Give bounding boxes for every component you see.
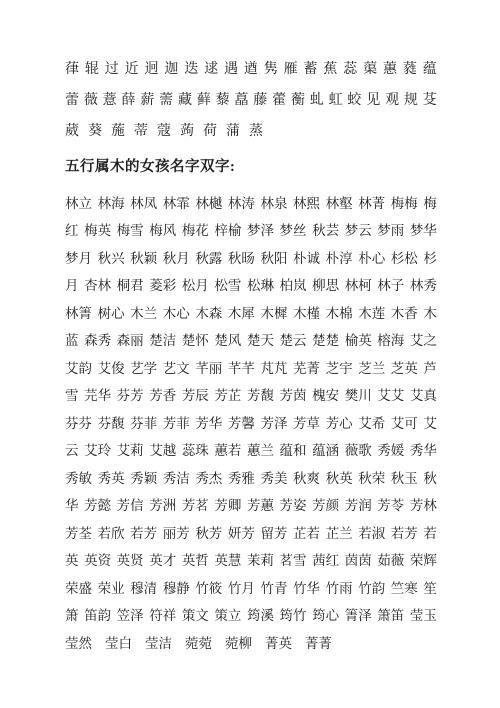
name-token: 芬菲 — [130, 412, 157, 432]
name-token: 菁英 — [265, 632, 292, 652]
name-token: 林凤 — [130, 192, 157, 212]
name-token: 柏岚 — [280, 274, 307, 294]
name-token: 秋英 — [326, 467, 353, 487]
single-character: 薏 — [103, 89, 117, 109]
single-character: 藠 — [234, 89, 248, 109]
single-character: 蕉 — [323, 58, 337, 78]
name-token: 芫华 — [84, 384, 111, 404]
name-token: 木棉 — [326, 302, 353, 322]
name-token: 芳泽 — [260, 412, 287, 432]
name-token: 若欣 — [98, 522, 125, 542]
text-line: 葎辊过近迥迦迭逑遇遒隽雁蓄蕉蕊蕖蕙蕤蕴 — [65, 52, 437, 83]
name-token: 柳思 — [312, 274, 339, 294]
name-token: 榆英 — [345, 329, 372, 349]
text-line: 芳荃若欣若芳丽芳秋芳妍芳留芳芷若芷兰若淑若芳若 — [65, 518, 437, 546]
single-character: 藓 — [197, 89, 211, 109]
text-line: 红梅英梅雪梅风梅花梓榆梦泽梦丝秋芸梦云梦雨梦华 — [65, 216, 437, 244]
name-token: 莹然 — [65, 632, 92, 652]
single-character: 葳 — [65, 120, 79, 140]
wood-element-girl-names-list: 林立林海林凤林霏林樾林涛林泉林熙林壑林菁梅梅梅红梅英梅雪梅风梅花梓榆梦泽梦丝秋芸… — [65, 188, 437, 656]
name-token: 木犀 — [228, 302, 255, 322]
name-token: 若芳 — [130, 522, 157, 542]
name-token: 芊丽 — [195, 357, 222, 377]
text-line: 月杏林桐君菱彩松月松雪松琳柏岚柳思林柯林子林秀 — [65, 271, 437, 299]
name-token: 艾希 — [358, 412, 385, 432]
name-token: 菱彩 — [149, 274, 176, 294]
single-character: 薷 — [159, 89, 173, 109]
name-token: 芳草 — [293, 412, 320, 432]
name-token: 朴心 — [358, 247, 385, 267]
name-token: 木 — [423, 302, 437, 322]
name-token: 笛韵 — [84, 604, 111, 624]
name-token: 楚云 — [280, 329, 307, 349]
name-token: 梅风 — [149, 219, 176, 239]
name-token: 艾之 — [410, 329, 437, 349]
name-token: 英才 — [149, 549, 176, 569]
name-token: 芬芳 — [117, 384, 144, 404]
name-token: 芜菁 — [293, 357, 320, 377]
name-token: 英 — [65, 549, 79, 569]
wood-element-single-characters: 葎辊过近迥迦迭逑遇遒隽雁蓄蕉蕊蕖蕙蕤蕴蕾薇薏薛薪薷藏藓藜藠藤藿蘅虬虹蛟见观规芟葳… — [65, 52, 437, 145]
name-token: 秋月 — [163, 247, 190, 267]
document-page: 葎辊过近迥迦迭逑遇遒隽雁蓄蕉蕊蕖蕙蕤蕴蕾薇薏薛薪薷藏藓藜藠藤藿蘅虬虹蛟见观规芟葳… — [0, 0, 500, 708]
single-character: 荷 — [203, 120, 217, 140]
name-token: 梦华 — [410, 219, 437, 239]
name-token: 竹筱 — [195, 577, 222, 597]
name-token: 松琳 — [247, 274, 274, 294]
single-character: 迥 — [145, 58, 159, 78]
name-token: 茜红 — [312, 549, 339, 569]
text-line: 秀敏秀英秀颖秀洁秀杰秀雅秀美秋爽秋英秋荣秋玉秋 — [65, 463, 437, 491]
text-line: 蕾薇薏薛薪薷藏藓藜藠藤藿蘅虬虹蛟见观规芟 — [65, 83, 437, 114]
name-token: 艾艾 — [377, 384, 404, 404]
name-token: 林菁 — [358, 192, 385, 212]
name-token: 芝宇 — [326, 357, 353, 377]
name-token: 林立 — [65, 192, 92, 212]
single-character: 遒 — [244, 58, 258, 78]
name-token: 艾可 — [391, 412, 418, 432]
name-token: 芳洲 — [149, 494, 176, 514]
single-character: 藿 — [272, 89, 286, 109]
name-token: 芳润 — [345, 494, 372, 514]
name-token: 树心 — [98, 302, 125, 322]
single-character: 蛟 — [347, 89, 361, 109]
name-token: 竹韵 — [358, 577, 385, 597]
name-token: 莹玉 — [410, 604, 437, 624]
single-character: 观 — [385, 89, 399, 109]
name-token: 槐安 — [312, 384, 339, 404]
name-token: 木樨 — [260, 302, 287, 322]
name-token: 艺文 — [163, 357, 190, 377]
text-line: 莹然莹白莹洁菀菀菀柳菁英菁菁 — [65, 628, 437, 656]
name-token: 筠竹 — [280, 604, 307, 624]
name-token: 莹白 — [105, 632, 132, 652]
name-token: 秋 — [423, 467, 437, 487]
text-line: 艾韵艾俊艺学艺文芊丽芊芊芃芃芜菁芝宇芝兰芝英芦 — [65, 353, 437, 381]
name-token: 秋芳 — [195, 522, 222, 542]
name-token: 蕊珠 — [182, 439, 209, 459]
name-token: 楚楚 — [312, 329, 339, 349]
single-character: 葹 — [111, 120, 125, 140]
name-token: 秋露 — [195, 247, 222, 267]
single-character: 雁 — [284, 58, 298, 78]
name-token: 荣业 — [98, 577, 125, 597]
name-token: 蕙兰 — [247, 439, 274, 459]
single-character: 蕊 — [343, 58, 357, 78]
name-token: 秀敏 — [65, 467, 92, 487]
name-token: 松月 — [182, 274, 209, 294]
name-token: 芬馥 — [98, 412, 125, 432]
name-token: 芃芃 — [260, 357, 287, 377]
name-token: 茗雪 — [280, 549, 307, 569]
name-token: 筠心 — [312, 604, 339, 624]
name-token: 菁菁 — [305, 632, 332, 652]
name-token: 秀英 — [98, 467, 125, 487]
name-token: 杉 — [423, 247, 437, 267]
name-token: 木莲 — [358, 302, 385, 322]
single-character: 蒲 — [226, 120, 240, 140]
name-token: 木兰 — [130, 302, 157, 322]
name-token: 松雪 — [214, 274, 241, 294]
name-token: 林子 — [377, 274, 404, 294]
name-token: 芳馥 — [247, 384, 274, 404]
single-character: 规 — [404, 89, 418, 109]
text-line: 葳葵葹蒂蔻蒟荷蒲蒸 — [65, 114, 437, 145]
name-token: 箫笛 — [377, 604, 404, 624]
name-token: 梦云 — [345, 219, 372, 239]
name-token: 艾韵 — [65, 357, 92, 377]
text-line: 云艾玲艾莉艾越蕊珠蕙若蕙兰蕴和蕴涵薇歌秀媛秀华 — [65, 436, 437, 464]
name-token: 梦月 — [65, 247, 92, 267]
name-token: 梅雪 — [117, 219, 144, 239]
name-token: 穆静 — [163, 577, 190, 597]
name-token: 木槿 — [293, 302, 320, 322]
name-token: 芳香 — [149, 384, 176, 404]
name-token: 楚怀 — [182, 329, 209, 349]
single-character: 迦 — [164, 58, 178, 78]
name-token: 杏林 — [84, 274, 111, 294]
name-token: 林秀 — [410, 274, 437, 294]
name-token: 竹青 — [260, 577, 287, 597]
name-token: 艾玲 — [84, 439, 111, 459]
name-token: 笠泽 — [117, 604, 144, 624]
name-token: 芳颜 — [312, 494, 339, 514]
name-token: 芳心 — [326, 412, 353, 432]
name-token: 芳芷 — [214, 384, 241, 404]
text-line: 华芳懿芳信芳洲芳茗芳卿芳蕙芳姿芳颜芳润芳苓芳林 — [65, 491, 437, 519]
name-token: 梦雨 — [377, 219, 404, 239]
name-token: 红 — [65, 219, 79, 239]
name-token: 芳林 — [410, 494, 437, 514]
name-token: 林海 — [98, 192, 125, 212]
name-token: 芳卿 — [214, 494, 241, 514]
name-token: 若 — [423, 522, 437, 542]
text-line: 林箐树心木兰木心木森木犀木樨木槿木棉木莲木香木 — [65, 298, 437, 326]
name-token: 森丽 — [117, 329, 144, 349]
name-token: 梅 — [423, 192, 437, 212]
name-token: 秋兴 — [98, 247, 125, 267]
single-character: 藏 — [178, 89, 192, 109]
name-token: 芳辰 — [182, 384, 209, 404]
name-token: 英哲 — [182, 549, 209, 569]
name-token: 芳姿 — [280, 494, 307, 514]
name-token: 芬芬 — [65, 412, 92, 432]
name-token: 艾俊 — [98, 357, 125, 377]
name-token: 芳馨 — [228, 412, 255, 432]
single-character: 见 — [366, 89, 380, 109]
single-character: 蕾 — [65, 89, 79, 109]
name-token: 蓝 — [65, 329, 79, 349]
name-token: 林樾 — [195, 192, 222, 212]
name-token: 梦丝 — [280, 219, 307, 239]
single-character: 迭 — [184, 58, 198, 78]
name-token: 芳苓 — [377, 494, 404, 514]
name-token: 林熙 — [293, 192, 320, 212]
name-token: 芳茗 — [182, 494, 209, 514]
name-token: 楚洁 — [149, 329, 176, 349]
name-token: 秋颖 — [130, 247, 157, 267]
single-character: 藤 — [253, 89, 267, 109]
name-token: 筠溪 — [247, 604, 274, 624]
name-token: 梅英 — [84, 219, 111, 239]
name-token: 云 — [65, 439, 79, 459]
name-token: 秀美 — [260, 467, 287, 487]
name-token: 秋玉 — [391, 467, 418, 487]
name-token: 竹华 — [293, 577, 320, 597]
name-token: 符祥 — [149, 604, 176, 624]
name-token: 秋荣 — [358, 467, 385, 487]
text-line: 芬芬芬馥芬菲芳菲芳华芳馨芳泽芳草芳心艾希艾可艾 — [65, 408, 437, 436]
text-line: 箫笛韵笠泽符祥策文策立筠溪筠竹筠心箐泽箫笛莹玉 — [65, 601, 437, 629]
name-token: 林霏 — [163, 192, 190, 212]
name-token: 森秀 — [84, 329, 111, 349]
name-token: 林涛 — [228, 192, 255, 212]
single-character: 薛 — [121, 89, 135, 109]
name-token: 若芳 — [391, 522, 418, 542]
name-token: 芳懿 — [84, 494, 111, 514]
name-token: 秀华 — [410, 439, 437, 459]
name-token: 梓榆 — [214, 219, 241, 239]
name-token: 英资 — [84, 549, 111, 569]
single-character: 过 — [105, 58, 119, 78]
single-character: 葵 — [88, 120, 102, 140]
name-token: 芊芊 — [228, 357, 255, 377]
single-character: 蕖 — [363, 58, 377, 78]
single-character: 芟 — [423, 89, 437, 109]
single-character: 蕙 — [383, 58, 397, 78]
name-token: 芳菲 — [163, 412, 190, 432]
name-token: 妍芳 — [228, 522, 255, 542]
name-token: 菀菀 — [185, 632, 212, 652]
name-token: 秋旸 — [228, 247, 255, 267]
name-token: 林泉 — [260, 192, 287, 212]
name-token: 林箐 — [65, 302, 92, 322]
name-token: 薇歌 — [345, 439, 372, 459]
name-token: 木心 — [163, 302, 190, 322]
single-character: 遇 — [224, 58, 238, 78]
name-token: 艺学 — [130, 357, 157, 377]
name-token: 林壑 — [326, 192, 353, 212]
name-token: 木森 — [195, 302, 222, 322]
name-token: 朴诚 — [293, 247, 320, 267]
single-character: 辊 — [85, 58, 99, 78]
name-token: 朴淳 — [326, 247, 353, 267]
name-token: 芝英 — [391, 357, 418, 377]
name-token: 秋阳 — [260, 247, 287, 267]
name-token: 荣盛 — [65, 577, 92, 597]
name-token: 华 — [65, 494, 79, 514]
text-line: 英英资英贤英才英哲英慧茉莉茗雪茜红茵茵茹薇荣辉 — [65, 546, 437, 574]
name-token: 艾 — [423, 412, 437, 432]
single-character: 蒟 — [180, 120, 194, 140]
name-token: 秀杰 — [195, 467, 222, 487]
name-token: 樊川 — [345, 384, 372, 404]
name-token: 丽芳 — [163, 522, 190, 542]
text-line: 荣盛荣业穆清穆静竹筱竹月竹青竹华竹雨竹韵竺寒笙 — [65, 573, 437, 601]
name-token: 箐泽 — [345, 604, 372, 624]
name-token: 芳茵 — [280, 384, 307, 404]
single-character: 蔻 — [157, 120, 171, 140]
name-token: 梅梅 — [391, 192, 418, 212]
single-character: 隽 — [264, 58, 278, 78]
single-character: 薪 — [140, 89, 154, 109]
single-character: 逑 — [204, 58, 218, 78]
single-character: 薇 — [84, 89, 98, 109]
single-character: 虹 — [329, 89, 343, 109]
name-token: 杉松 — [391, 247, 418, 267]
name-token: 策立 — [214, 604, 241, 624]
name-token: 茵茵 — [345, 549, 372, 569]
single-character: 蓄 — [304, 58, 318, 78]
single-character: 蕴 — [423, 58, 437, 78]
name-token: 林柯 — [345, 274, 372, 294]
name-token: 艾真 — [410, 384, 437, 404]
single-character: 虬 — [310, 89, 324, 109]
text-line: 梦月秋兴秋颖秋月秋露秋旸秋阳朴诚朴淳朴心杉松杉 — [65, 243, 437, 271]
single-character: 蒂 — [134, 120, 148, 140]
name-token: 茉莉 — [247, 549, 274, 569]
name-token: 蕙若 — [214, 439, 241, 459]
name-token: 秀颖 — [130, 467, 157, 487]
name-token: 茹薇 — [377, 549, 404, 569]
name-token: 荣辉 — [410, 549, 437, 569]
single-character: 近 — [125, 58, 139, 78]
name-token: 桐君 — [117, 274, 144, 294]
name-token: 芝兰 — [358, 357, 385, 377]
name-token: 芷若 — [293, 522, 320, 542]
name-token: 穆清 — [130, 577, 157, 597]
name-token: 秋爽 — [293, 467, 320, 487]
name-token: 楚风 — [214, 329, 241, 349]
name-token: 蕴涵 — [312, 439, 339, 459]
name-token: 榕海 — [377, 329, 404, 349]
name-token: 芷兰 — [326, 522, 353, 542]
name-token: 梦泽 — [247, 219, 274, 239]
name-token: 策文 — [182, 604, 209, 624]
name-token: 月 — [65, 274, 79, 294]
single-character: 蘅 — [291, 89, 305, 109]
name-token: 木香 — [391, 302, 418, 322]
name-token: 秋芸 — [312, 219, 339, 239]
name-token: 英贤 — [117, 549, 144, 569]
name-token: 芳华 — [195, 412, 222, 432]
name-token: 芳信 — [117, 494, 144, 514]
name-token: 秀媛 — [377, 439, 404, 459]
name-token: 梅花 — [182, 219, 209, 239]
name-token: 芳荃 — [65, 522, 92, 542]
name-token: 竹雨 — [326, 577, 353, 597]
text-line: 蓝森秀森丽楚洁楚怀楚风楚天楚云楚楚榆英榕海艾之 — [65, 326, 437, 354]
name-token: 秀雅 — [228, 467, 255, 487]
text-line: 林立林海林凤林霏林樾林涛林泉林熙林壑林菁梅梅梅 — [65, 188, 437, 216]
name-token: 留芳 — [260, 522, 287, 542]
name-token: 楚天 — [247, 329, 274, 349]
name-token: 雪 — [65, 384, 79, 404]
single-character: 藜 — [216, 89, 230, 109]
name-token: 蕴和 — [280, 439, 307, 459]
name-token: 芳蕙 — [247, 494, 274, 514]
name-token: 莹洁 — [145, 632, 172, 652]
text-line: 雪芫华芬芳芳香芳辰芳芷芳馥芳茵槐安樊川艾艾艾真 — [65, 381, 437, 409]
name-token: 英慧 — [214, 549, 241, 569]
name-token: 箫 — [65, 604, 79, 624]
name-token: 秀洁 — [163, 467, 190, 487]
single-character: 蒸 — [249, 120, 263, 140]
name-token: 艾越 — [149, 439, 176, 459]
single-character: 葎 — [65, 58, 79, 78]
name-token: 竺寒 — [391, 577, 418, 597]
name-token: 艾莉 — [117, 439, 144, 459]
single-character: 蕤 — [403, 58, 417, 78]
section-heading: 五行属木的女孩名字双字: — [65, 155, 437, 176]
name-token: 芦 — [423, 357, 437, 377]
name-token: 菀柳 — [225, 632, 252, 652]
name-token: 若淑 — [358, 522, 385, 542]
name-token: 笙 — [423, 577, 437, 597]
name-token: 竹月 — [228, 577, 255, 597]
